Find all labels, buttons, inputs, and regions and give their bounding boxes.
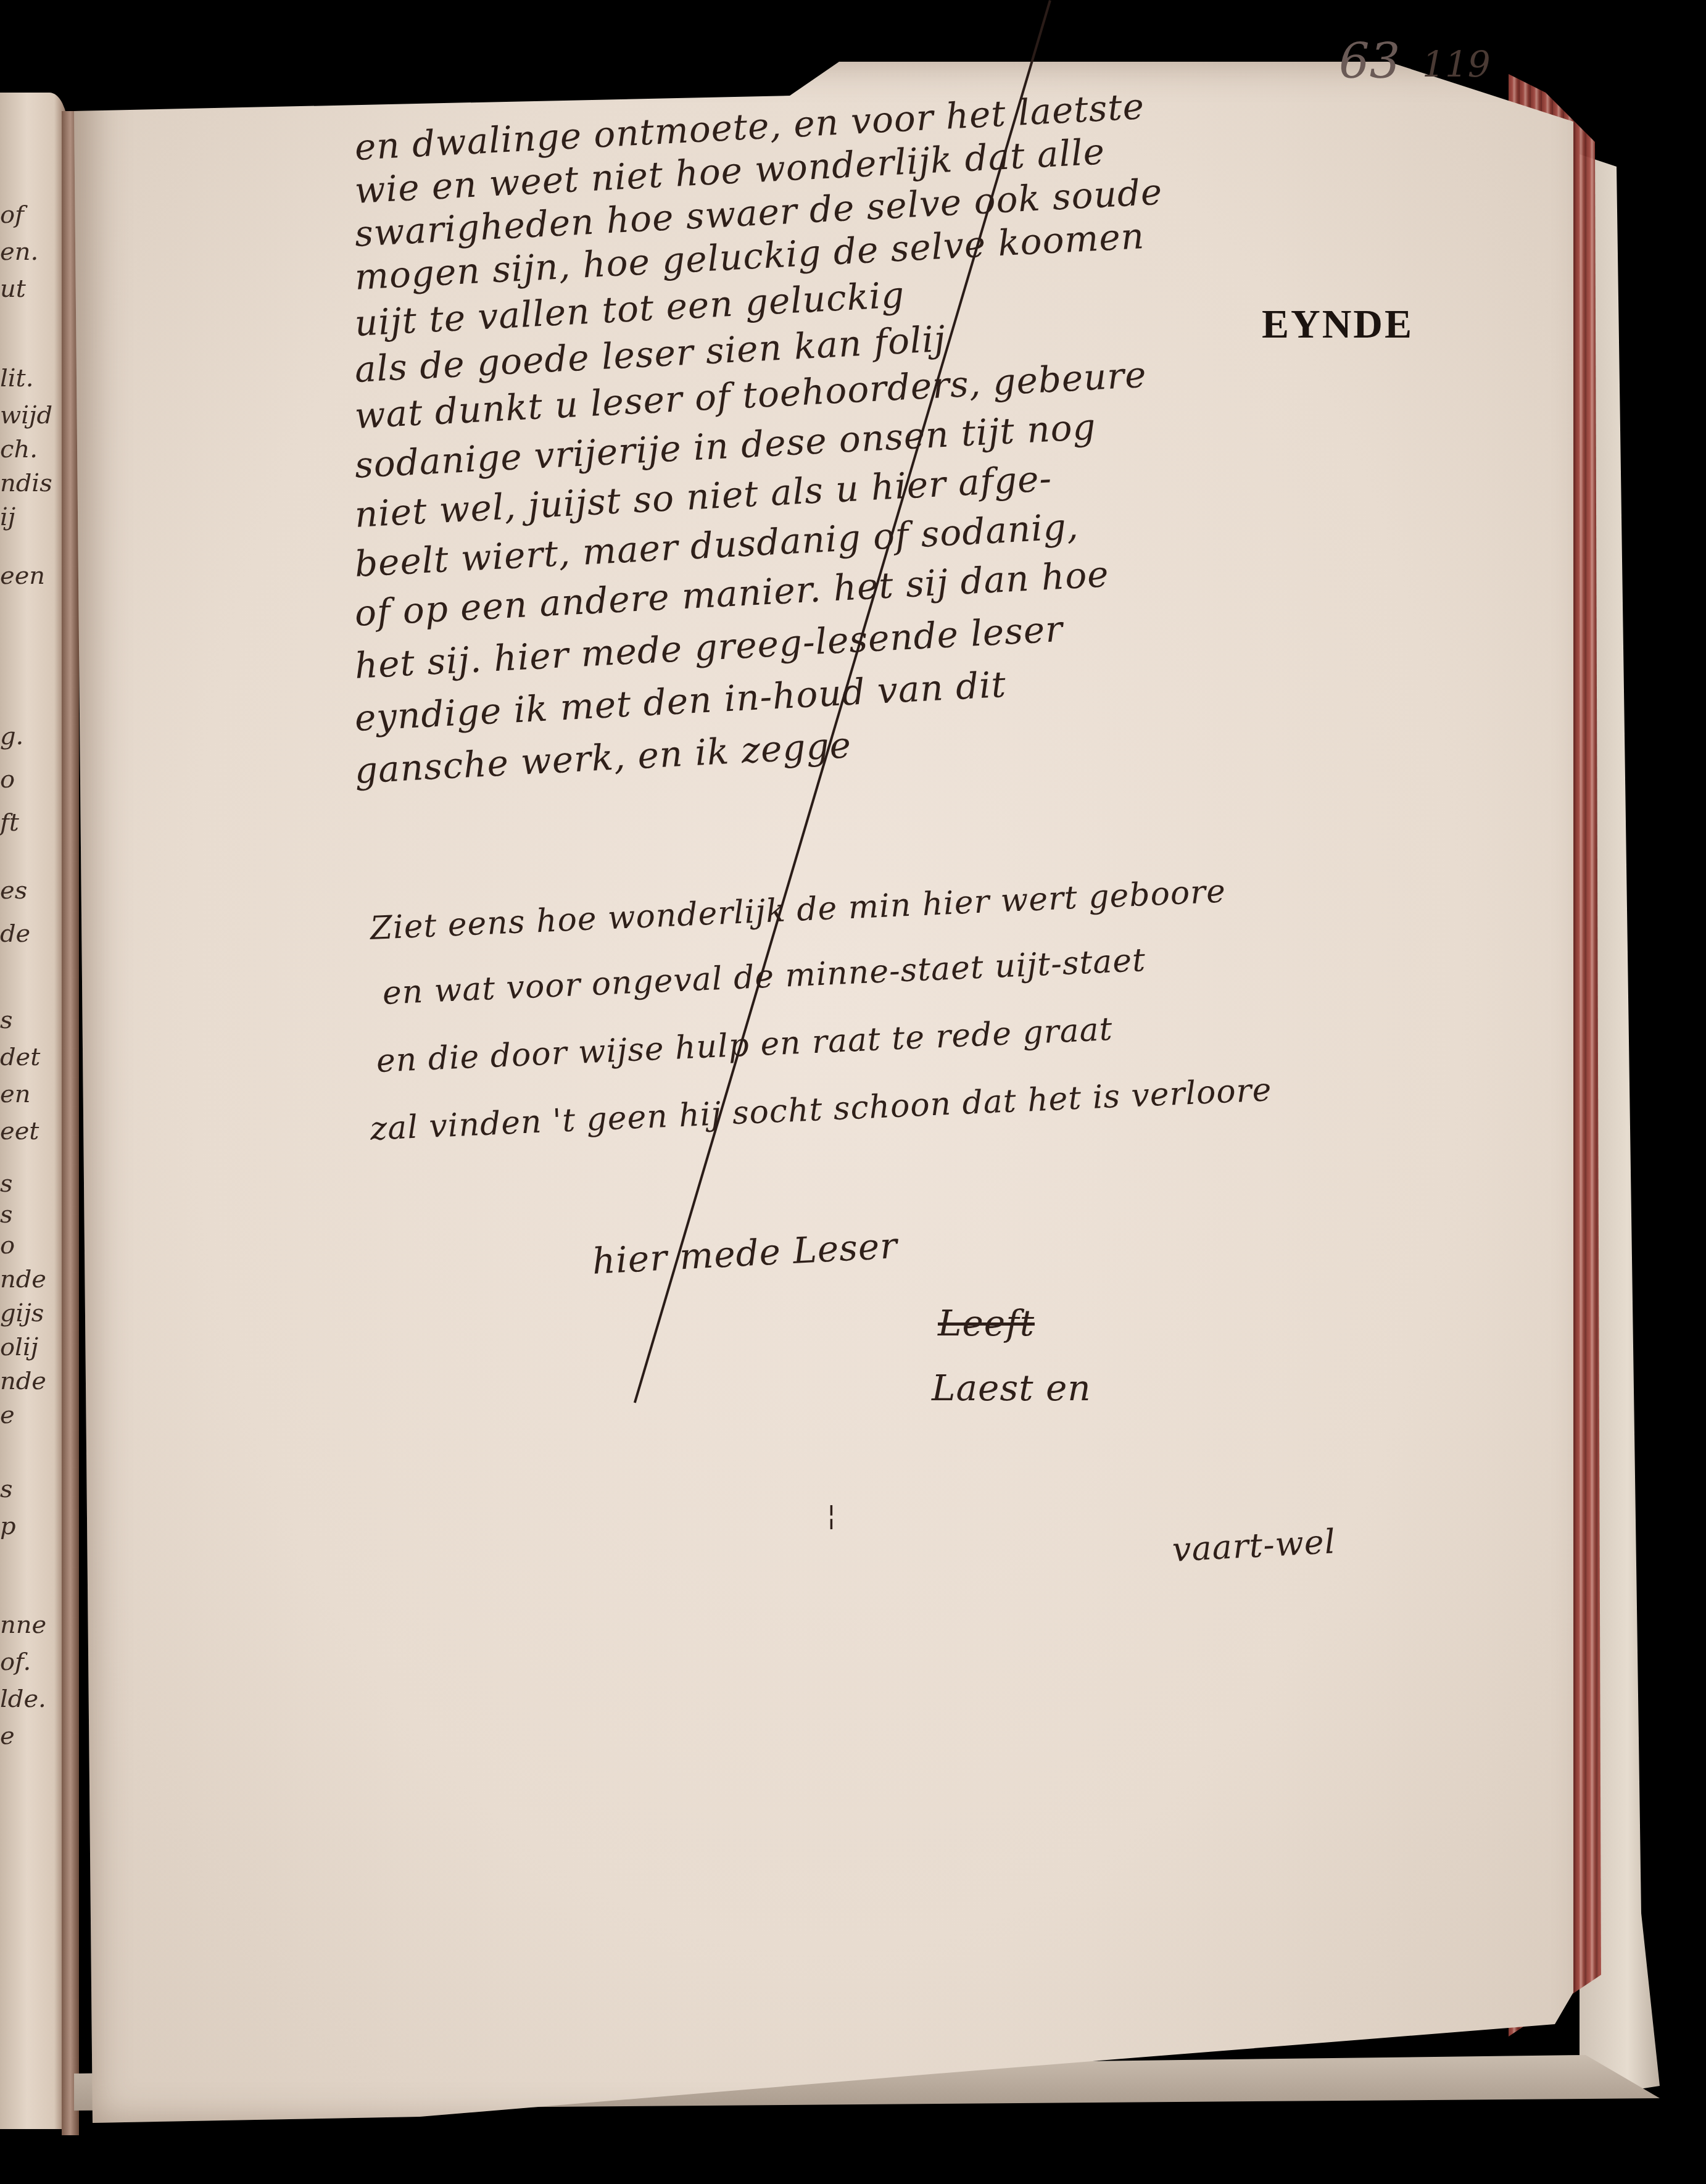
left-page-fragment: nne [0, 1611, 46, 1639]
left-page-fragment: en [0, 1080, 30, 1108]
closing-line: Laest en [932, 1367, 1091, 1409]
left-page-fragment: p [0, 1512, 16, 1540]
left-page-fragment: e [0, 1722, 15, 1750]
left-page-fragment: nde [0, 1265, 46, 1293]
left-page-fragment: eet [0, 1117, 39, 1145]
left-page-fragment: de [0, 920, 30, 948]
left-page-fragment: en. [0, 238, 38, 266]
printed-end-word: EYNDE [1262, 301, 1414, 348]
left-page-fragment: lde. [0, 1685, 46, 1713]
left-page-fragment: es [0, 876, 27, 905]
stray-ink-mark: ¦ [827, 1500, 837, 1531]
left-page-fragment: of. [0, 1648, 31, 1676]
left-page-fragment: s [0, 1169, 13, 1198]
left-page-fragment: o [0, 1231, 15, 1260]
left-page-fragment: ndis [0, 469, 52, 497]
left-page-fragment: det [0, 1043, 40, 1071]
book-gutter [62, 111, 79, 2135]
left-page-fragment: ft [0, 808, 19, 837]
left-page-fragment: lit. [0, 364, 33, 392]
left-page-fragment: olij [0, 1333, 38, 1361]
old-folio-number: 63 [1339, 34, 1400, 89]
left-page-fragment: o [0, 765, 15, 794]
left-page-fragment: s [0, 1006, 13, 1034]
left-page-fragment: gijs [0, 1299, 44, 1327]
closing-line: Leeft [938, 1302, 1035, 1344]
left-facing-page: of en. ut lit. wijd ch. ndis ij een g. o… [0, 93, 68, 2129]
left-page-fragment: wijd [0, 401, 52, 430]
left-page-fragment: een [0, 562, 45, 590]
left-page-fragment: e [0, 1401, 15, 1429]
left-page-fragment: of [0, 201, 24, 229]
left-page-fragment: ut [0, 275, 26, 303]
left-page-fragment: s [0, 1200, 13, 1229]
left-page-fragment: s [0, 1475, 13, 1503]
left-page-fragment: ij [0, 503, 15, 531]
page-number: 119 [1422, 43, 1491, 85]
left-page-fragment: g. [0, 722, 23, 750]
left-page-fragment: nde [0, 1367, 46, 1395]
left-page-fragment: ch. [0, 435, 38, 463]
